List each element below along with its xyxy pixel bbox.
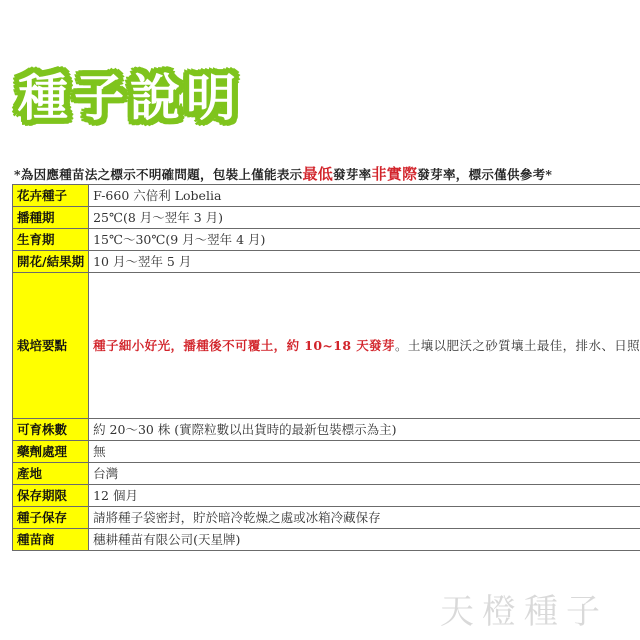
table-row: 開花/結果期 10 月～翌年 5 月 [13,251,640,273]
row-label-origin: 產地 [13,463,89,485]
table-row: 種子保存 請將種子袋密封，貯於暗冷乾燥之處或冰箱冷藏保存 [13,507,640,529]
page-title: 種子說明 [18,73,242,123]
notice-prefix: *為因應種苗法之標示不明確問題，包裝上僅能表示 [14,167,302,182]
row-value-sowing-period: 25℃(8 月～翌年 3 月) [89,207,640,229]
notice-mid: 發芽率 [333,167,371,182]
table-row: 可育株數 約 20～30 株 (實際粒數以出貨時的最新包裝標示為主) [13,419,640,441]
row-value-growth-period: 15℃～30℃(9 月～翌年 4 月) [89,229,640,251]
cultivation-highlight: 種子細小好光，播種後不可覆土，約 10~18 天發芽 [93,338,395,353]
row-value-origin: 台灣 [89,463,640,485]
row-value-flowering-period: 10 月～翌年 5 月 [89,251,640,273]
row-label-seed-supplier: 種苗商 [13,529,89,551]
row-label-seed-storage: 種子保存 [13,507,89,529]
table-row: 播種期 25℃(8 月～翌年 3 月) [13,207,640,229]
seed-spec-table: 花卉種子 F-660 六倍利 Lobelia 播種期 25℃(8 月～翌年 3 … [12,184,640,551]
page-title-banner: 種子說明 [18,66,242,130]
table-row: 產地 台灣 [13,463,640,485]
row-value-seed-supplier: 穗耕種苗有限公司(天星牌) [89,529,640,551]
row-label-plant-count: 可育株數 [13,419,89,441]
row-value-flower-seed: F-660 六倍利 Lobelia [89,185,640,207]
table-row: 種苗商 穗耕種苗有限公司(天星牌) [13,529,640,551]
row-label-growth-period: 生育期 [13,229,89,251]
brand-watermark: 天橙種子 [440,584,608,633]
row-label-chemical-treatment: 藥劑處理 [13,441,89,463]
table-row: 藥劑處理 無 [13,441,640,463]
row-label-flowering-period: 開花/結果期 [13,251,89,273]
row-value-plant-count: 約 20～30 株 (實際粒數以出貨時的最新包裝標示為主) [89,419,640,441]
row-value-seed-storage: 請將種子袋密封，貯於暗冷乾燥之處或冰箱冷藏保存 [89,507,640,529]
row-label-flower-seed: 花卉種子 [13,185,89,207]
row-value-cultivation: 種子細小好光，播種後不可覆土，約 10~18 天發芽。土壤以肥沃之砂質壤土最佳，… [89,273,640,419]
notice-highlight-lowest: 最低 [302,165,333,183]
table-row: 花卉種子 F-660 六倍利 Lobelia [13,185,640,207]
row-label-cultivation: 栽培要點 [13,273,89,419]
table-row: 保存期限 12 個月 [13,485,640,507]
table-row: 生育期 15℃～30℃(9 月～翌年 4 月) [13,229,640,251]
notice-highlight-not-actual: 非實際 [371,165,417,183]
cultivation-body: 。土壤以肥沃之砂質壤土最佳，排水、日照需良好。性耐乾旱及好高溫，不可密植或長期潮… [395,338,640,353]
row-value-chemical-treatment: 無 [89,441,640,463]
germination-notice: *為因應種苗法之標示不明確問題，包裝上僅能表示最低發芽率非實際發芽率，標示僅供參… [14,163,634,184]
row-value-shelf-life: 12 個月 [89,485,640,507]
row-label-shelf-life: 保存期限 [13,485,89,507]
table-row-cultivation: 栽培要點 種子細小好光，播種後不可覆土，約 10~18 天發芽。土壤以肥沃之砂質… [13,273,640,419]
row-label-sowing-period: 播種期 [13,207,89,229]
notice-suffix: 發芽率，標示僅供參考* [417,167,552,182]
